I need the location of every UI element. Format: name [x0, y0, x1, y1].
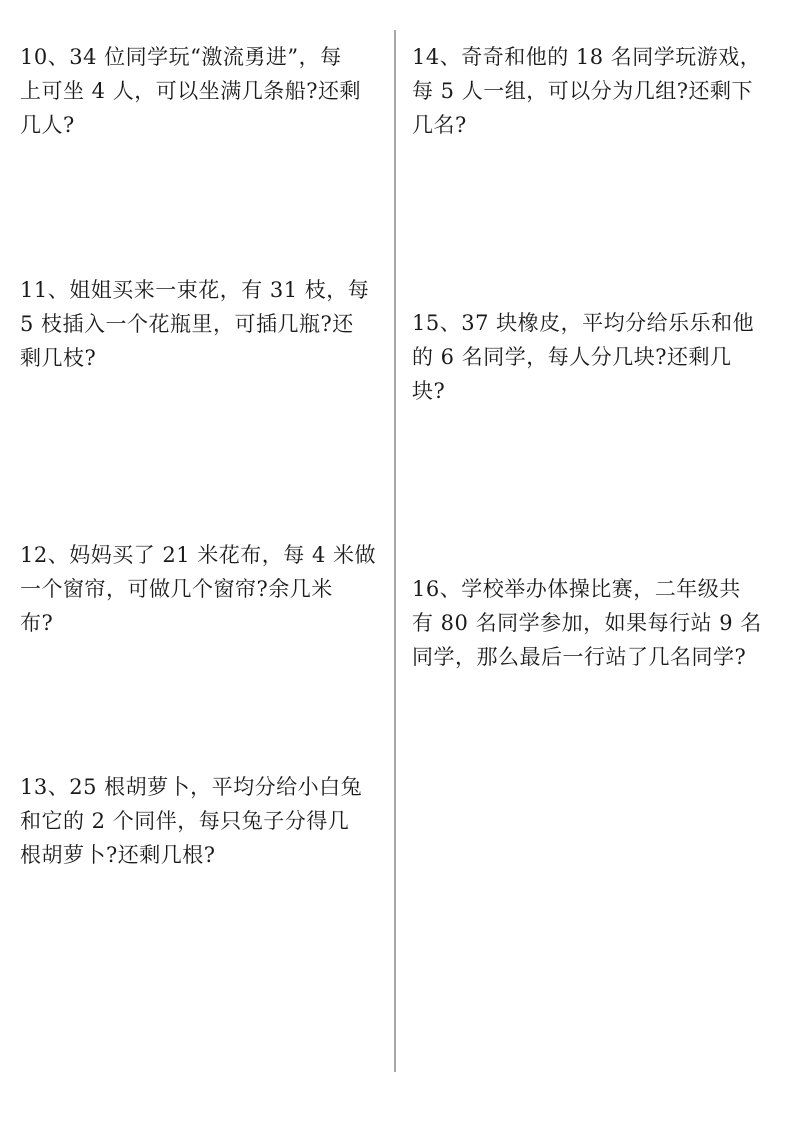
problem-text-line: 15、37 块橡皮，平均分给乐乐和他 [412, 306, 782, 340]
problem-text-line: 几名? [412, 108, 782, 142]
problem-text-line: 有 80 名同学参加，如果每行站 9 名 [412, 606, 782, 640]
problem-text-line: 的 6 名同学，每人分几块?还剩几 [412, 340, 782, 374]
problem-text-line: 根胡萝卜?还剩几根? [20, 838, 386, 872]
problem-15: 15、37 块橡皮，平均分给乐乐和他 的 6 名同学，每人分几块?还剩几 块? [412, 306, 782, 408]
problem-text-line: 10、34 位同学玩“激流勇进”，每 [20, 40, 386, 74]
problem-text-line: 上可坐 4 人，可以坐满几条船?还剩 [20, 74, 386, 108]
problem-text-line: 几人? [20, 108, 386, 142]
problem-text-line: 14、奇奇和他的 18 名同学玩游戏， [412, 40, 782, 74]
problem-text-line: 一个窗帘，可做几个窗帘?余几米 [20, 572, 386, 606]
problem-text-line: 12、妈妈买了 21 米花布，每 4 米做 [20, 538, 386, 572]
problem-text-line: 和它的 2 个同伴，每只兔子分得几 [20, 804, 386, 838]
problem-12: 12、妈妈买了 21 米花布，每 4 米做 一个窗帘，可做几个窗帘?余几米 布? [20, 538, 386, 640]
problem-14: 14、奇奇和他的 18 名同学玩游戏， 每 5 人一组，可以分为几组?还剩下 几… [412, 40, 782, 142]
problem-text-line: 11、姐姐买来一束花，有 31 枝，每 [20, 273, 386, 307]
problem-11: 11、姐姐买来一束花，有 31 枝，每 5 枝插入一个花瓶里，可插几瓶?还 剩几… [20, 273, 386, 375]
column-divider [394, 30, 396, 1072]
problem-16: 16、学校举办体操比赛，二年级共 有 80 名同学参加，如果每行站 9 名 同学… [412, 572, 782, 674]
problem-text-line: 布? [20, 606, 386, 640]
problem-13: 13、25 根胡萝卜，平均分给小白兔 和它的 2 个同伴，每只兔子分得几 根胡萝… [20, 770, 386, 872]
problem-text-line: 13、25 根胡萝卜，平均分给小白兔 [20, 770, 386, 804]
problem-text-line: 同学，那么最后一行站了几名同学? [412, 640, 782, 674]
problem-text-line: 每 5 人一组，可以分为几组?还剩下 [412, 74, 782, 108]
problem-text-line: 块? [412, 374, 782, 408]
problem-10: 10、34 位同学玩“激流勇进”，每 上可坐 4 人，可以坐满几条船?还剩 几人… [20, 40, 386, 142]
problem-text-line: 剩几枝? [20, 341, 386, 375]
problem-text-line: 16、学校举办体操比赛，二年级共 [412, 572, 782, 606]
problem-text-line: 5 枝插入一个花瓶里，可插几瓶?还 [20, 307, 386, 341]
